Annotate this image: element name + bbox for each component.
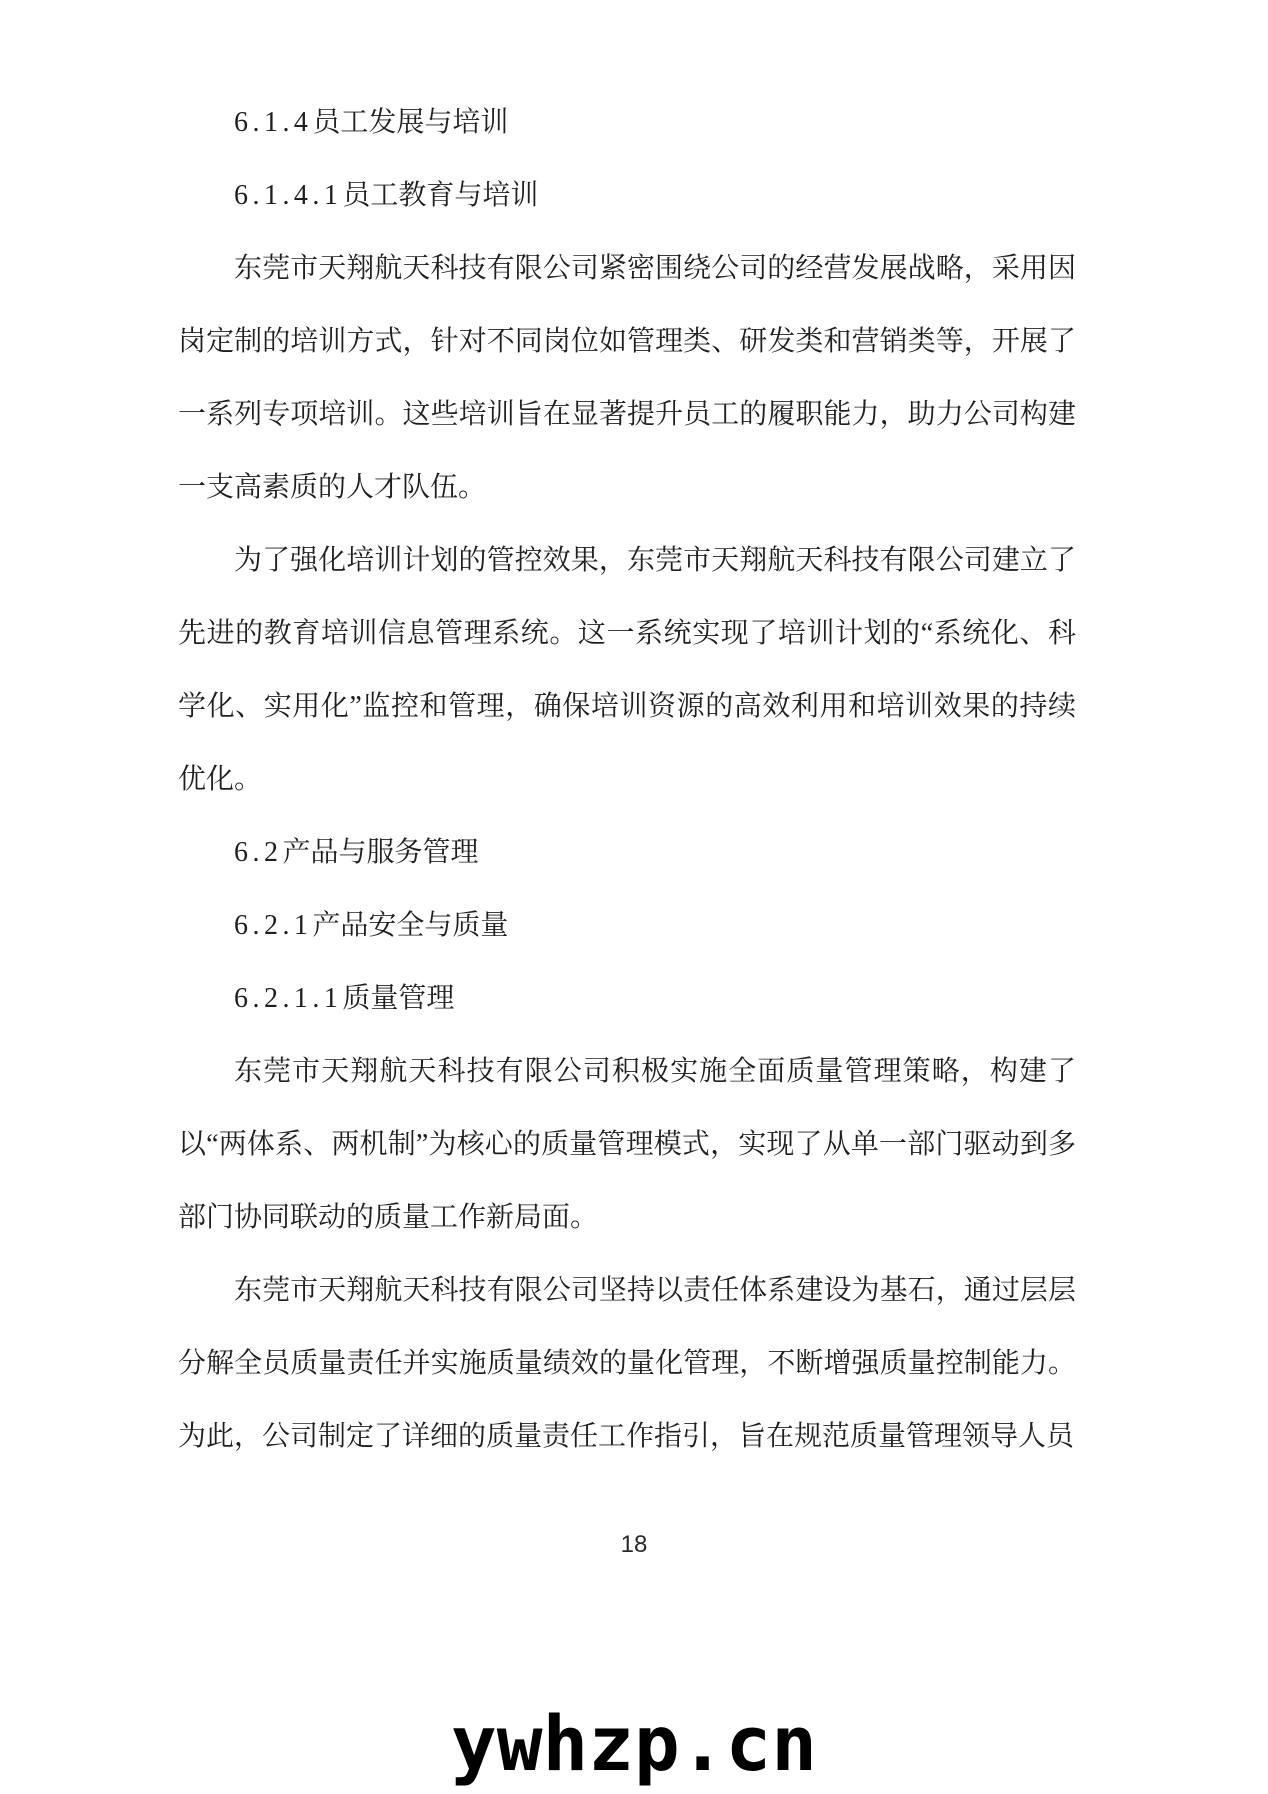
body-paragraph: 为了强化培训计划的管控效果，东莞市天翔航天科技有限公司建立了先进的教育培训信息管… — [178, 524, 1076, 816]
section-heading: 6.2.1.1质量管理 — [178, 962, 1076, 1035]
document-page: 6.1.4员工发展与培训6.1.4.1员工教育与培训东莞市天翔航天科技有限公司紧… — [0, 0, 1268, 1794]
body-paragraph: 东莞市天翔航天科技有限公司坚持以责任体系建设为基石，通过层层分解全员质量责任并实… — [178, 1254, 1076, 1473]
section-title: 质量管理 — [342, 983, 454, 1014]
section-heading: 6.1.4.1员工教育与培训 — [178, 159, 1076, 232]
section-number: 6.1.4.1 — [234, 180, 342, 211]
section-number: 6.1.4 — [234, 107, 312, 138]
body-paragraph: 东莞市天翔航天科技有限公司积极实施全面质量管理策略，构建了以“两体系、两机制”为… — [178, 1035, 1076, 1254]
page-number: 18 — [0, 1531, 1268, 1559]
section-title: 产品与服务管理 — [282, 837, 478, 868]
document-body: 6.1.4员工发展与培训6.1.4.1员工教育与培训东莞市天翔航天科技有限公司紧… — [178, 86, 1076, 1473]
section-heading: 6.2产品与服务管理 — [178, 816, 1076, 889]
section-title: 产品安全与质量 — [312, 910, 508, 941]
section-title: 员工发展与培训 — [312, 107, 508, 138]
section-heading: 6.1.4员工发展与培训 — [178, 86, 1076, 159]
watermark-text: ywhzp.cn — [451, 1706, 817, 1782]
section-number: 6.2 — [234, 837, 282, 868]
section-number: 6.2.1.1 — [234, 983, 342, 1014]
body-paragraph: 东莞市天翔航天科技有限公司紧密围绕公司的经营发展战略，采用因岗定制的培训方式，针… — [178, 232, 1076, 524]
section-number: 6.2.1 — [234, 910, 312, 941]
section-heading: 6.2.1产品安全与质量 — [178, 889, 1076, 962]
section-title: 员工教育与培训 — [342, 180, 538, 211]
